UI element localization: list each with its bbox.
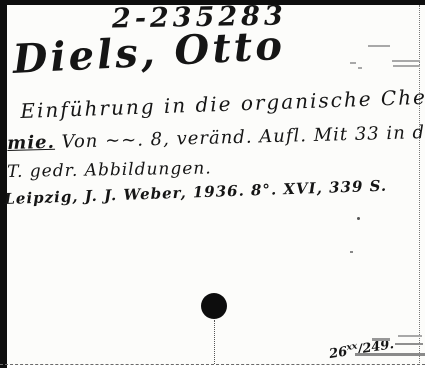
faint-pencil-dash (368, 45, 390, 47)
punch-hole-icon (201, 293, 227, 319)
faint-smudge (398, 335, 422, 337)
faint-pencil-mark (350, 62, 356, 64)
faint-smudge (372, 338, 390, 341)
faint-smudge (355, 353, 425, 356)
faint-pencil-mark (358, 67, 362, 69)
ink-speck (357, 217, 360, 220)
scan-edge-left (0, 0, 7, 368)
faint-pencil-dash (393, 65, 420, 67)
catalog-card-scan: 2-235283 Diels, Otto Einführung in die o… (0, 0, 425, 390)
faint-smudge (395, 343, 423, 345)
title-continuation-underlined: mie. (7, 132, 55, 154)
card-bottom-edge-line (0, 364, 425, 365)
punch-hole-slot-line (214, 320, 215, 364)
ink-speck (350, 251, 353, 253)
shelfmark-base: 26 (328, 344, 348, 362)
title-line-3: T. gedr. Abbildungen. (7, 158, 212, 182)
faint-pencil-dash (392, 60, 420, 62)
card-right-edge-line (419, 5, 420, 365)
